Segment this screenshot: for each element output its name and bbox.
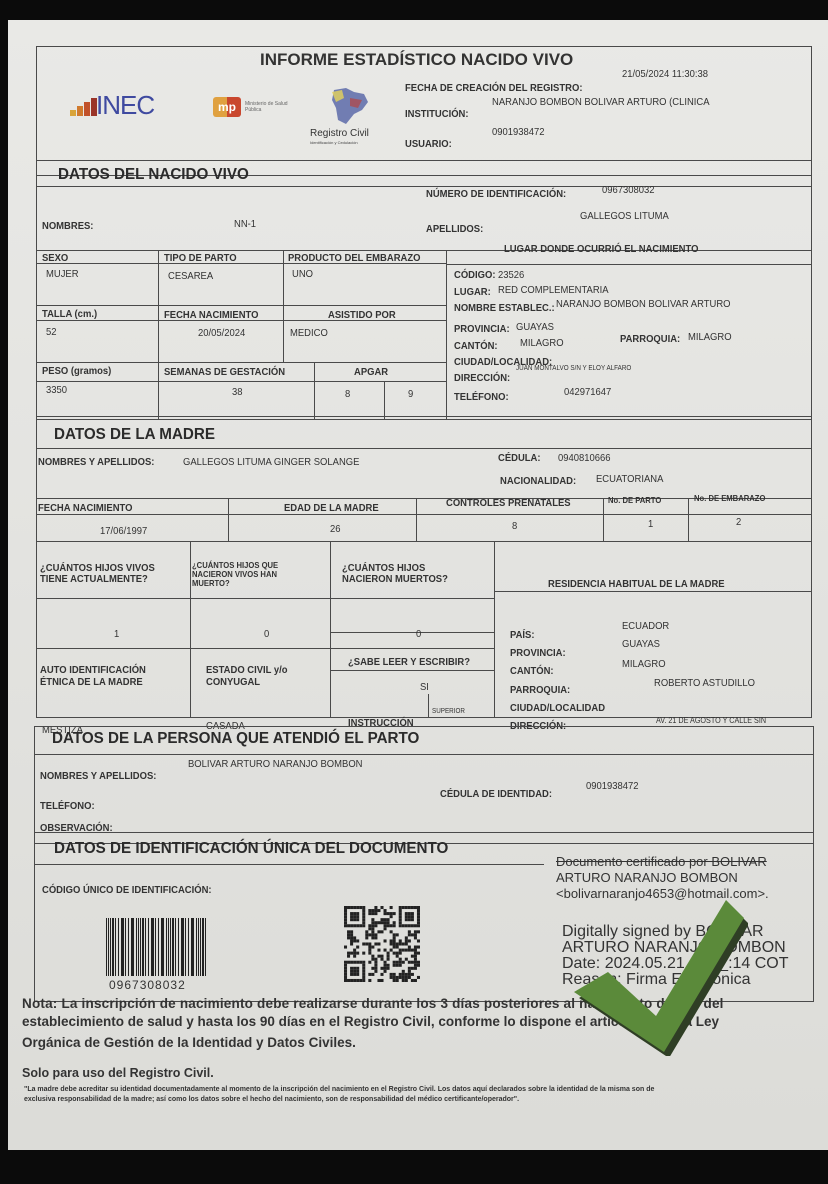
numero-id-value: 0967308032 [602,184,655,196]
identificacion-title: DATOS DE IDENTIFICACIÓN ÚNICA DEL DOCUME… [54,840,448,858]
madre-no-embarazo-value: 2 [736,516,741,528]
madre-fecha-nac-label: FECHA NACIMIENTO [38,502,133,514]
madre-controles-value: 8 [512,520,517,532]
peso-label: PESO (gramos) [42,365,111,377]
res-pais-value: ECUADOR [622,620,669,632]
madre-cedula-label: CÉDULA: [498,452,541,464]
madre-title: DATOS DE LA MADRE [54,426,215,444]
talla-value: 52 [46,326,57,338]
checkmark-icon [568,896,748,1056]
res-canton-value: MILAGRO [622,658,666,670]
qr-code-icon [344,906,420,982]
lugar-value: RED COMPLEMENTARIA [498,284,609,296]
madre-nombres-label: NOMBRES Y APELLIDOS: [38,456,154,468]
institucion-value: NARANJO BOMBON BOLIVAR ARTURO (CLINICA [492,96,710,108]
ecuador-map-icon [324,84,372,128]
residencia-title: RESIDENCIA HABITUAL DE LA MADRE [548,578,725,590]
usuario-label: USUARIO: [405,138,452,150]
talla-label: TALLA (cm.) [42,308,97,320]
fine-print-1: "La madre debe acreditar su identidad do… [24,1086,654,1093]
res-provincia-label: PROVINCIA: [510,647,566,659]
nombres-value: NN-1 [234,218,256,230]
hijos-vivos-label-2: TIENE ACTUALMENTE? [40,573,148,585]
barcode-number: 0967308032 [109,978,186,992]
fecha-creacion-value: 21/05/2024 11:30:38 [622,68,708,80]
estado-civil-label-1: ESTADO CIVIL y/o [206,664,288,676]
madre-controles-label: CONTROLES PRENATALES [446,497,571,509]
document-page: INFORME ESTADÍSTICO NACIDO VIVO INEC mp … [8,20,828,1150]
apellidos-value: GALLEGOS LITUMA [580,210,669,222]
atendio-telefono-label: TELÉFONO: [40,800,95,812]
tipo-parto-value: CESAREA [168,270,213,282]
madre-cedula-value: 0940810666 [558,452,611,464]
res-parroquia-label: PARROQUIA: [510,684,570,696]
lugar-parroquia-value: MILAGRO [688,331,732,343]
madre-no-embarazo-label: No. DE EMBARAZO [694,493,765,503]
lugar-codigo-label: CÓDIGO: [454,269,495,281]
atendio-cedula-label: CÉDULA DE IDENTIDAD: [440,788,552,800]
lugar-provincia-label: PROVINCIA: [454,323,510,335]
madre-nacionalidad-value: ECUATORIANA [596,473,663,485]
lugar-label: LUGAR: [454,286,491,298]
tipo-parto-label: TIPO DE PARTO [164,252,237,264]
madre-no-parto-label: No. DE PARTO [608,495,661,505]
res-canton-label: CANTÓN: [510,665,554,677]
madre-fecha-nac-value: 17/06/1997 [100,525,147,537]
res-ciudad-label: CIUDAD/LOCALIDAD [510,702,605,714]
madre-edad-value: 26 [330,523,341,535]
document-title: INFORME ESTADÍSTICO NACIDO VIVO [260,50,573,70]
certificado-line-1: Documento certificado por BOLIVAR [556,854,767,870]
establec-label: NOMBRE ESTABLEC.: [454,302,555,314]
peso-value: 3350 [46,384,67,396]
hijos-muertos-label-3: MUERTO? [192,578,230,588]
hijos-vivos-value: 1 [114,628,119,640]
lugar-provincia-value: GUAYAS [516,321,554,333]
madre-edad-label: EDAD DE LA MADRE [284,502,379,514]
barcode-icon [104,918,210,976]
numero-id-label: NÚMERO DE IDENTIFICACIÓN: [426,188,566,200]
apgar-1-value: 8 [345,388,350,400]
fecha-nac-label: FECHA NACIMIENTO [164,309,259,321]
lugar-parroquia-label: PARROQUIA: [620,333,680,345]
institucion-label: INSTITUCIÓN: [405,108,469,120]
registro-civil-logo: Registro Civil Identificación y Cedulaci… [308,84,388,148]
fecha-nac-value: 20/05/2024 [198,327,245,339]
qr-code [344,906,420,982]
lugar-direccion-value: JUAN MONTALVO S/N Y ELOY ALFARO [516,365,631,372]
res-provincia-value: GUAYAS [622,638,660,650]
asistido-label: ASISTIDO POR [328,309,396,321]
certificado-line-2: ARTURO NARANJO BOMBON [556,870,738,886]
estado-civil-label-2: CONYUGAL [206,676,260,688]
auto-id-label-1: AUTO IDENTIFICACIÓN [40,664,146,676]
solo-uso-text: Solo para uso del Registro Civil. [22,1066,214,1080]
nacido-vivo-title: DATOS DEL NACIDO VIVO [58,166,249,184]
lugar-codigo-value: 23526 [498,269,524,281]
establec-value: NARANJO BOMBON BOLIVAR ARTURO [556,298,731,310]
leer-value: SI [420,681,429,693]
madre-no-parto-value: 1 [648,518,653,530]
lugar-canton-label: CANTÓN: [454,340,498,352]
nombres-label: NOMBRES: [42,220,93,232]
sexo-label: SEXO [42,252,68,264]
asistido-value: MEDICO [290,327,328,339]
apgar-2-value: 9 [408,388,413,400]
madre-nacionalidad-label: NACIONALIDAD: [500,475,576,487]
atendio-nombres-label: NOMBRES Y APELLIDOS: [40,770,156,782]
apellidos-label: APELLIDOS: [426,223,483,235]
atendio-title: DATOS DE LA PERSONA QUE ATENDIÓ EL PARTO [52,730,419,748]
codigo-unico-label: CÓDIGO ÚNICO DE IDENTIFICACIÓN: [42,884,212,896]
lugar-title: LUGAR DONDE OCURRIÓ EL NACIMIENTO [504,243,698,255]
producto-label: PRODUCTO DEL EMBARAZO [288,252,420,264]
atendio-nombres-value: BOLIVAR ARTURO NARANJO BOMBON [188,758,363,770]
sexo-value: MUJER [46,268,79,280]
atendio-cedula-value: 0901938472 [586,780,639,792]
semanas-value: 38 [232,386,243,398]
nacieron-muertos-label-2: NACIERON MUERTOS? [342,573,448,585]
lugar-direccion-label: DIRECCIÓN: [454,372,510,384]
nacieron-muertos-value: 0 [416,628,421,640]
madre-nombres-value: GALLEGOS LITUMA GINGER SOLANGE [183,456,359,468]
mp-logo: mp Ministerio de Salud Pública [213,97,293,121]
hijos-muertos-value: 0 [264,628,269,640]
semanas-label: SEMANAS DE GESTACIÓN [164,366,285,378]
usuario-value: 0901938472 [492,126,545,138]
producto-value: UNO [292,268,313,280]
apgar-label: APGAR [354,366,388,378]
mp-caption: Ministerio de Salud Pública [245,101,291,113]
lugar-telefono-value: 042971647 [564,386,611,398]
instruccion-value: SUPERIOR [432,708,465,715]
fine-print-2: exclusiva responsabilidad de la madre; a… [24,1096,519,1103]
fecha-creacion-label: FECHA DE CREACIÓN DEL REGISTRO: [405,82,582,94]
lugar-canton-value: MILAGRO [520,337,564,349]
res-pais-label: PAÍS: [510,629,535,641]
res-parroquia-value: ROBERTO ASTUDILLO [654,677,755,689]
auto-id-label-2: ÉTNICA DE LA MADRE [40,676,143,688]
nota-line-3: Orgánica de Gestión de la Identidad y Da… [22,1035,356,1050]
leer-label: ¿SABE LEER Y ESCRIBIR? [348,656,470,668]
res-direccion-value: AV. 21 DE AGOSTO Y CALLE SIN [656,716,766,725]
lugar-telefono-label: TELÉFONO: [454,391,509,403]
inec-logo: INEC [70,92,180,132]
mp-mark: mp [213,97,241,117]
barcode [104,918,210,976]
